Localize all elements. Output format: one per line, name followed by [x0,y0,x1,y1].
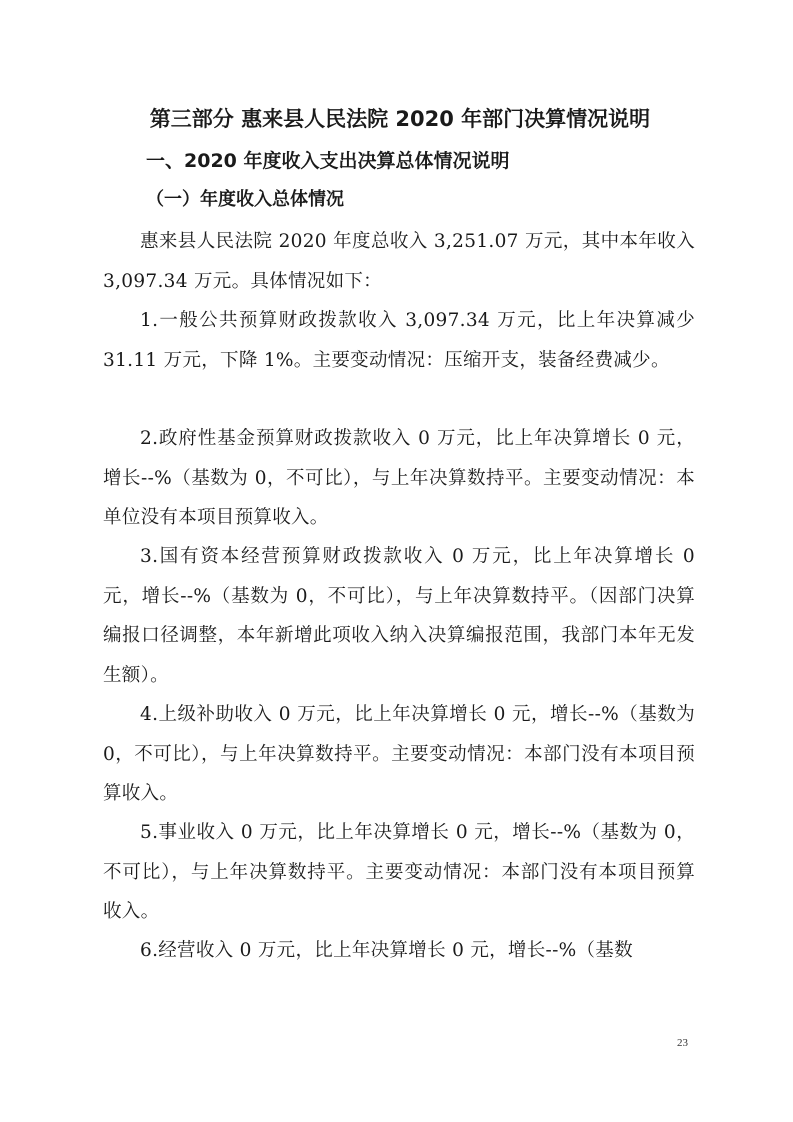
document-page: 第三部分 惠来县人民法院 2020 年部门决算情况说明 一、2020 年度收入支… [0,0,793,1122]
paragraph-operating-income: 6.经营收入 0 万元，比上年决算增长 0 元，增长--%（基数 [103,931,695,971]
paragraph-state-capital: 3.国有资本经营预算财政拨款收入 0 万元，比上年决算增长 0 元，增长--%（… [103,537,695,695]
page-number: 23 [677,1037,688,1049]
paragraph-general-budget: 1.一般公共预算财政拨款收入 3,097.34 万元，比上年决算减少 31.11… [103,301,695,380]
section-heading: 一、2020 年度收入支出决算总体情况说明 [146,147,510,175]
paragraph-total-income: 惠来县人民法院 2020 年度总收入 3,251.07 万元，其中本年收入 3,… [103,222,695,301]
paragraph-government-fund: 2.政府性基金预算财政拨款收入 0 万元，比上年决算增长 0 元，增长--%（基… [103,419,695,538]
document-title: 第三部分 惠来县人民法院 2020 年部门决算情况说明 [100,104,700,134]
paragraph-business-income: 5.事业收入 0 万元，比上年决算增长 0 元，增长--%（基数为 0，不可比）… [103,813,695,932]
paragraph-superior-subsidy: 4.上级补助收入 0 万元，比上年决算增长 0 元，增长--%（基数为 0，不可… [103,695,695,814]
subsection-heading: （一）年度收入总体情况 [146,186,344,214]
